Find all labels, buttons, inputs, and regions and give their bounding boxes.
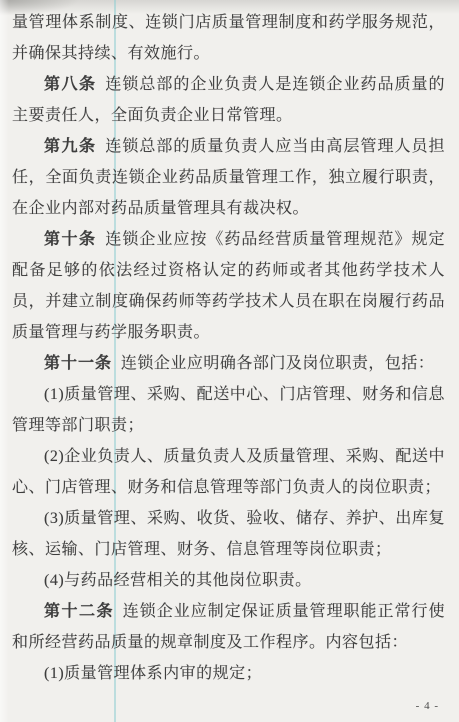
paragraph-text: (1)质量管理、采购、配送中心、门店管理、财务和信息管理等部门职责； (12, 386, 445, 434)
article-8-label: 第八条 (44, 76, 97, 93)
paragraph-text: (2)企业负责人、质量负责人及质量管理、采购、配送中心、门店管理、财务和信息管理… (12, 448, 445, 496)
document-page: 量管理体系制度、连锁门店质量管理制度和药学服务规范，并确保其持续、有效施行。 第… (0, 0, 459, 722)
list-item-1: (1)质量管理、采购、配送中心、门店管理、财务和信息管理等部门职责； (12, 379, 445, 441)
list-item-1b: (1)质量管理体系内审的规定； (12, 658, 445, 689)
article-9-paragraph: 第九条连锁总部的质量负责人应当由高层管理人员担任，全面负责连锁企业药品质量管理工… (12, 131, 445, 224)
article-10-label: 第十条 (44, 231, 97, 248)
list-item-2: (2)企业负责人、质量负责人及质量管理、采购、配送中心、门店管理、财务和信息管理… (12, 441, 445, 503)
article-8-paragraph: 第八条连锁总部的企业负责人是连锁企业药品质量的主要责任人，全面负责企业日常管理。 (12, 69, 445, 131)
list-item-4: (4)与药品经营相关的其他岗位职责。 (12, 565, 445, 596)
article-9-label: 第九条 (44, 138, 97, 155)
paragraph-continuation: 量管理体系制度、连锁门店质量管理制度和药学服务规范，并确保其持续、有效施行。 (12, 7, 445, 69)
article-12-paragraph: 第十二条连锁企业应制定保证质量管理职能正常行使和所经营药品质量的规章制度及工作程… (12, 596, 445, 658)
document-body: 量管理体系制度、连锁门店质量管理制度和药学服务规范，并确保其持续、有效施行。 第… (0, 0, 459, 689)
paragraph-text: 连锁企业应明确各部门及岗位职责，包括： (121, 355, 435, 372)
article-10-paragraph: 第十条连锁企业应按《药品经营质量管理规范》规定配备足够的依法经过资格认定的药师或… (12, 224, 445, 348)
article-12-label: 第十二条 (44, 603, 114, 620)
paragraph-text: 量管理体系制度、连锁门店质量管理制度和药学服务规范，并确保其持续、有效施行。 (12, 14, 445, 62)
page-number: - 4 - (416, 700, 439, 712)
list-item-3: (3)质量管理、采购、收货、验收、储存、养护、出库复核、运输、门店管理、财务、信… (12, 503, 445, 565)
paragraph-text: (1)质量管理体系内审的规定； (44, 665, 262, 682)
paragraph-text: (4)与药品经营相关的其他岗位职责。 (44, 572, 312, 589)
article-11-paragraph: 第十一条连锁企业应明确各部门及岗位职责，包括： (12, 348, 445, 379)
paragraph-text: (3)质量管理、采购、收货、验收、储存、养护、出库复核、运输、门店管理、财务、信… (12, 510, 445, 558)
article-11-label: 第十一条 (44, 355, 112, 372)
